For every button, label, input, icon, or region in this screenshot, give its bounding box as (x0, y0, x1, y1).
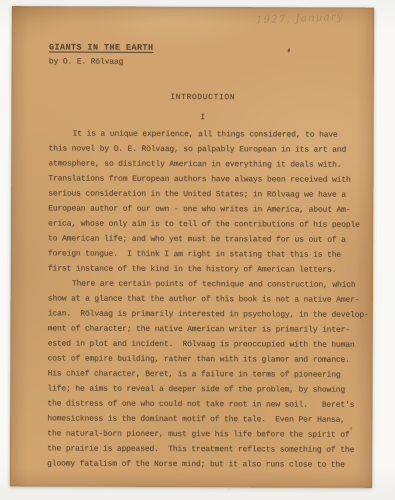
typed-line: erica, whose only aim is to tell of the … (48, 216, 369, 232)
document-title: GIANTS IN THE EARTH (49, 42, 154, 52)
handwritten-date-annotation: 1927, January (256, 12, 344, 26)
typed-line: to American life; and who yet must be tr… (48, 231, 369, 247)
part-numeral: I (49, 112, 357, 122)
typed-line: ican. Rölvaag is primarily interested in… (48, 306, 369, 322)
typed-line: first instance of the kind in the histor… (48, 261, 369, 277)
typed-line: Translations from European authors have … (48, 171, 369, 187)
typed-line: There are certain points of technique an… (48, 276, 369, 292)
typed-line: life; he aims to reveal a deeper side of… (47, 381, 368, 397)
typed-line: show at a glance that the author of this… (48, 291, 369, 307)
scan-dust-speck (228, 488, 231, 490)
typed-line: gloomy fatalism of the Norse mind; but i… (47, 456, 368, 472)
ink-speck (287, 48, 290, 52)
typed-body: It is a unique experience, all things co… (47, 126, 369, 472)
typed-line: ment of character; the native American w… (48, 321, 369, 337)
typed-line: the natural-born pioneer, must give his … (47, 426, 368, 442)
typed-line: ested in plot and incident. Rölvaag is p… (48, 336, 369, 352)
typed-line: serious consideration in the United Stat… (48, 186, 369, 202)
section-heading: INTRODUCTION (49, 92, 357, 102)
typed-line: homesickness is the dominant motif of th… (47, 411, 368, 427)
typescript-page: 1927, January GIANTS IN THE EARTH by O. … (10, 6, 374, 488)
scan-background: 1927, January GIANTS IN THE EARTH by O. … (0, 0, 395, 500)
typed-line: this novel by O. E. Rölvaag, so palpably… (48, 141, 369, 157)
typed-line: His chief character, Beret, is a failure… (47, 366, 368, 382)
typed-line: the prairie is appeased. This treatment … (47, 441, 368, 457)
typed-line: foreign tongue. I think I am right in st… (48, 246, 369, 262)
typed-line: the distress of one who could not take r… (47, 396, 368, 412)
typed-line: cost of empire building, rather than wit… (47, 351, 368, 367)
typed-line: It is a unique experience, all things co… (48, 126, 369, 142)
typed-line: atmosphere, so distinctly American in ev… (48, 156, 369, 172)
author-byline: by O. E. Rölvaag (49, 57, 123, 66)
ink-speck (350, 427, 352, 430)
typed-line: European author of our own - one who wri… (48, 201, 369, 217)
